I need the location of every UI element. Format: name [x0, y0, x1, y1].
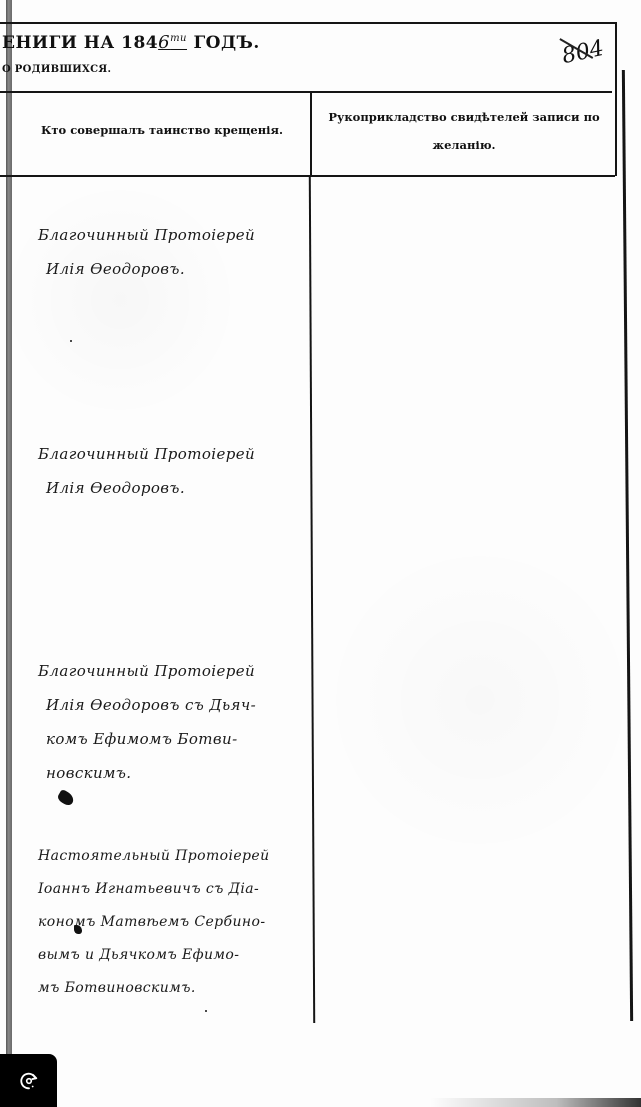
entry-line: новскимъ. [38, 756, 313, 790]
entry-4: Настоятельный Протоіерей Іоаннъ Игнатьев… [38, 840, 313, 1005]
ink-speck [70, 340, 72, 342]
right-border-lower [622, 70, 633, 1021]
entry-1: Благочинный Протоіерей Илія Өеодоровъ. [38, 218, 313, 286]
right-border [615, 22, 617, 176]
entry-line: Илія Өеодоровъ съ Дьяч- [38, 688, 313, 722]
column-heading-baptism-performer: Кто совершалъ таинство крещенія. [14, 118, 310, 142]
entry-line: мъ Ботвиновскимъ. [38, 972, 313, 1005]
entry-line: комъ Ефимомъ Ботви- [38, 722, 313, 756]
ink-speck [205, 1010, 207, 1012]
entry-line: вымъ и Дьячкомъ Ефимо- [38, 939, 313, 972]
handwritten-suffix: ти [170, 33, 187, 44]
column-heading-witness-signatures: Рукоприкладство свидѣтелей записи по жел… [316, 103, 612, 159]
ink-blot [74, 925, 82, 934]
entry-3: Благочинный Протоіерей Илія Өеодоровъ съ… [38, 654, 313, 790]
entry-line: Іоаннъ Игнатьевичъ съ Діа- [38, 873, 313, 906]
entry-line: Настоятельный Протоіерей [38, 840, 313, 873]
top-border [0, 22, 617, 24]
ink-blot [56, 789, 76, 807]
column-heading-divider [0, 175, 615, 177]
entry-line: Илія Өеодоровъ. [38, 252, 313, 286]
header-divider [0, 91, 612, 93]
register-title: ЕНИГИ НА 1846ти ГОДЪ. [2, 32, 260, 53]
handwritten-digit: 6 [158, 32, 170, 53]
column-heading-line2: желанію. [432, 138, 495, 152]
column-separator [310, 92, 312, 176]
entry-line: Благочинный Протоіерей [38, 437, 313, 471]
entry-line: Благочинный Протоіерей [38, 218, 313, 252]
column-heading-line1: Рукоприкладство свидѣтелей записи по [328, 110, 599, 124]
rotate-button[interactable] [0, 1054, 57, 1107]
entry-2: Благочинный Протоіерей Илія Өеодоровъ. [38, 437, 313, 505]
register-page: ЕНИГИ НА 1846ти ГОДЪ. О РОДИВШИХСЯ. 804 … [0, 0, 641, 1107]
title-printed-suffix: ГОДЪ. [193, 33, 259, 53]
register-subtitle: О РОДИВШИХСЯ. [2, 64, 111, 75]
entry-line: кономъ Матвѣемъ Сербино- [38, 906, 313, 939]
title-printed-prefix: ЕНИГИ НА 184 [2, 33, 158, 53]
title-handwritten-year-digit: 6ти [158, 32, 187, 53]
entry-line: Благочинный Протоіерей [38, 654, 313, 688]
column-heading-text: Кто совершалъ таинство крещенія. [41, 123, 283, 137]
entry-line: Илія Өеодоровъ. [38, 471, 313, 505]
rotate-icon [18, 1070, 40, 1092]
page-edge-shadow [430, 1098, 641, 1107]
book-binding-edge [6, 0, 12, 1055]
